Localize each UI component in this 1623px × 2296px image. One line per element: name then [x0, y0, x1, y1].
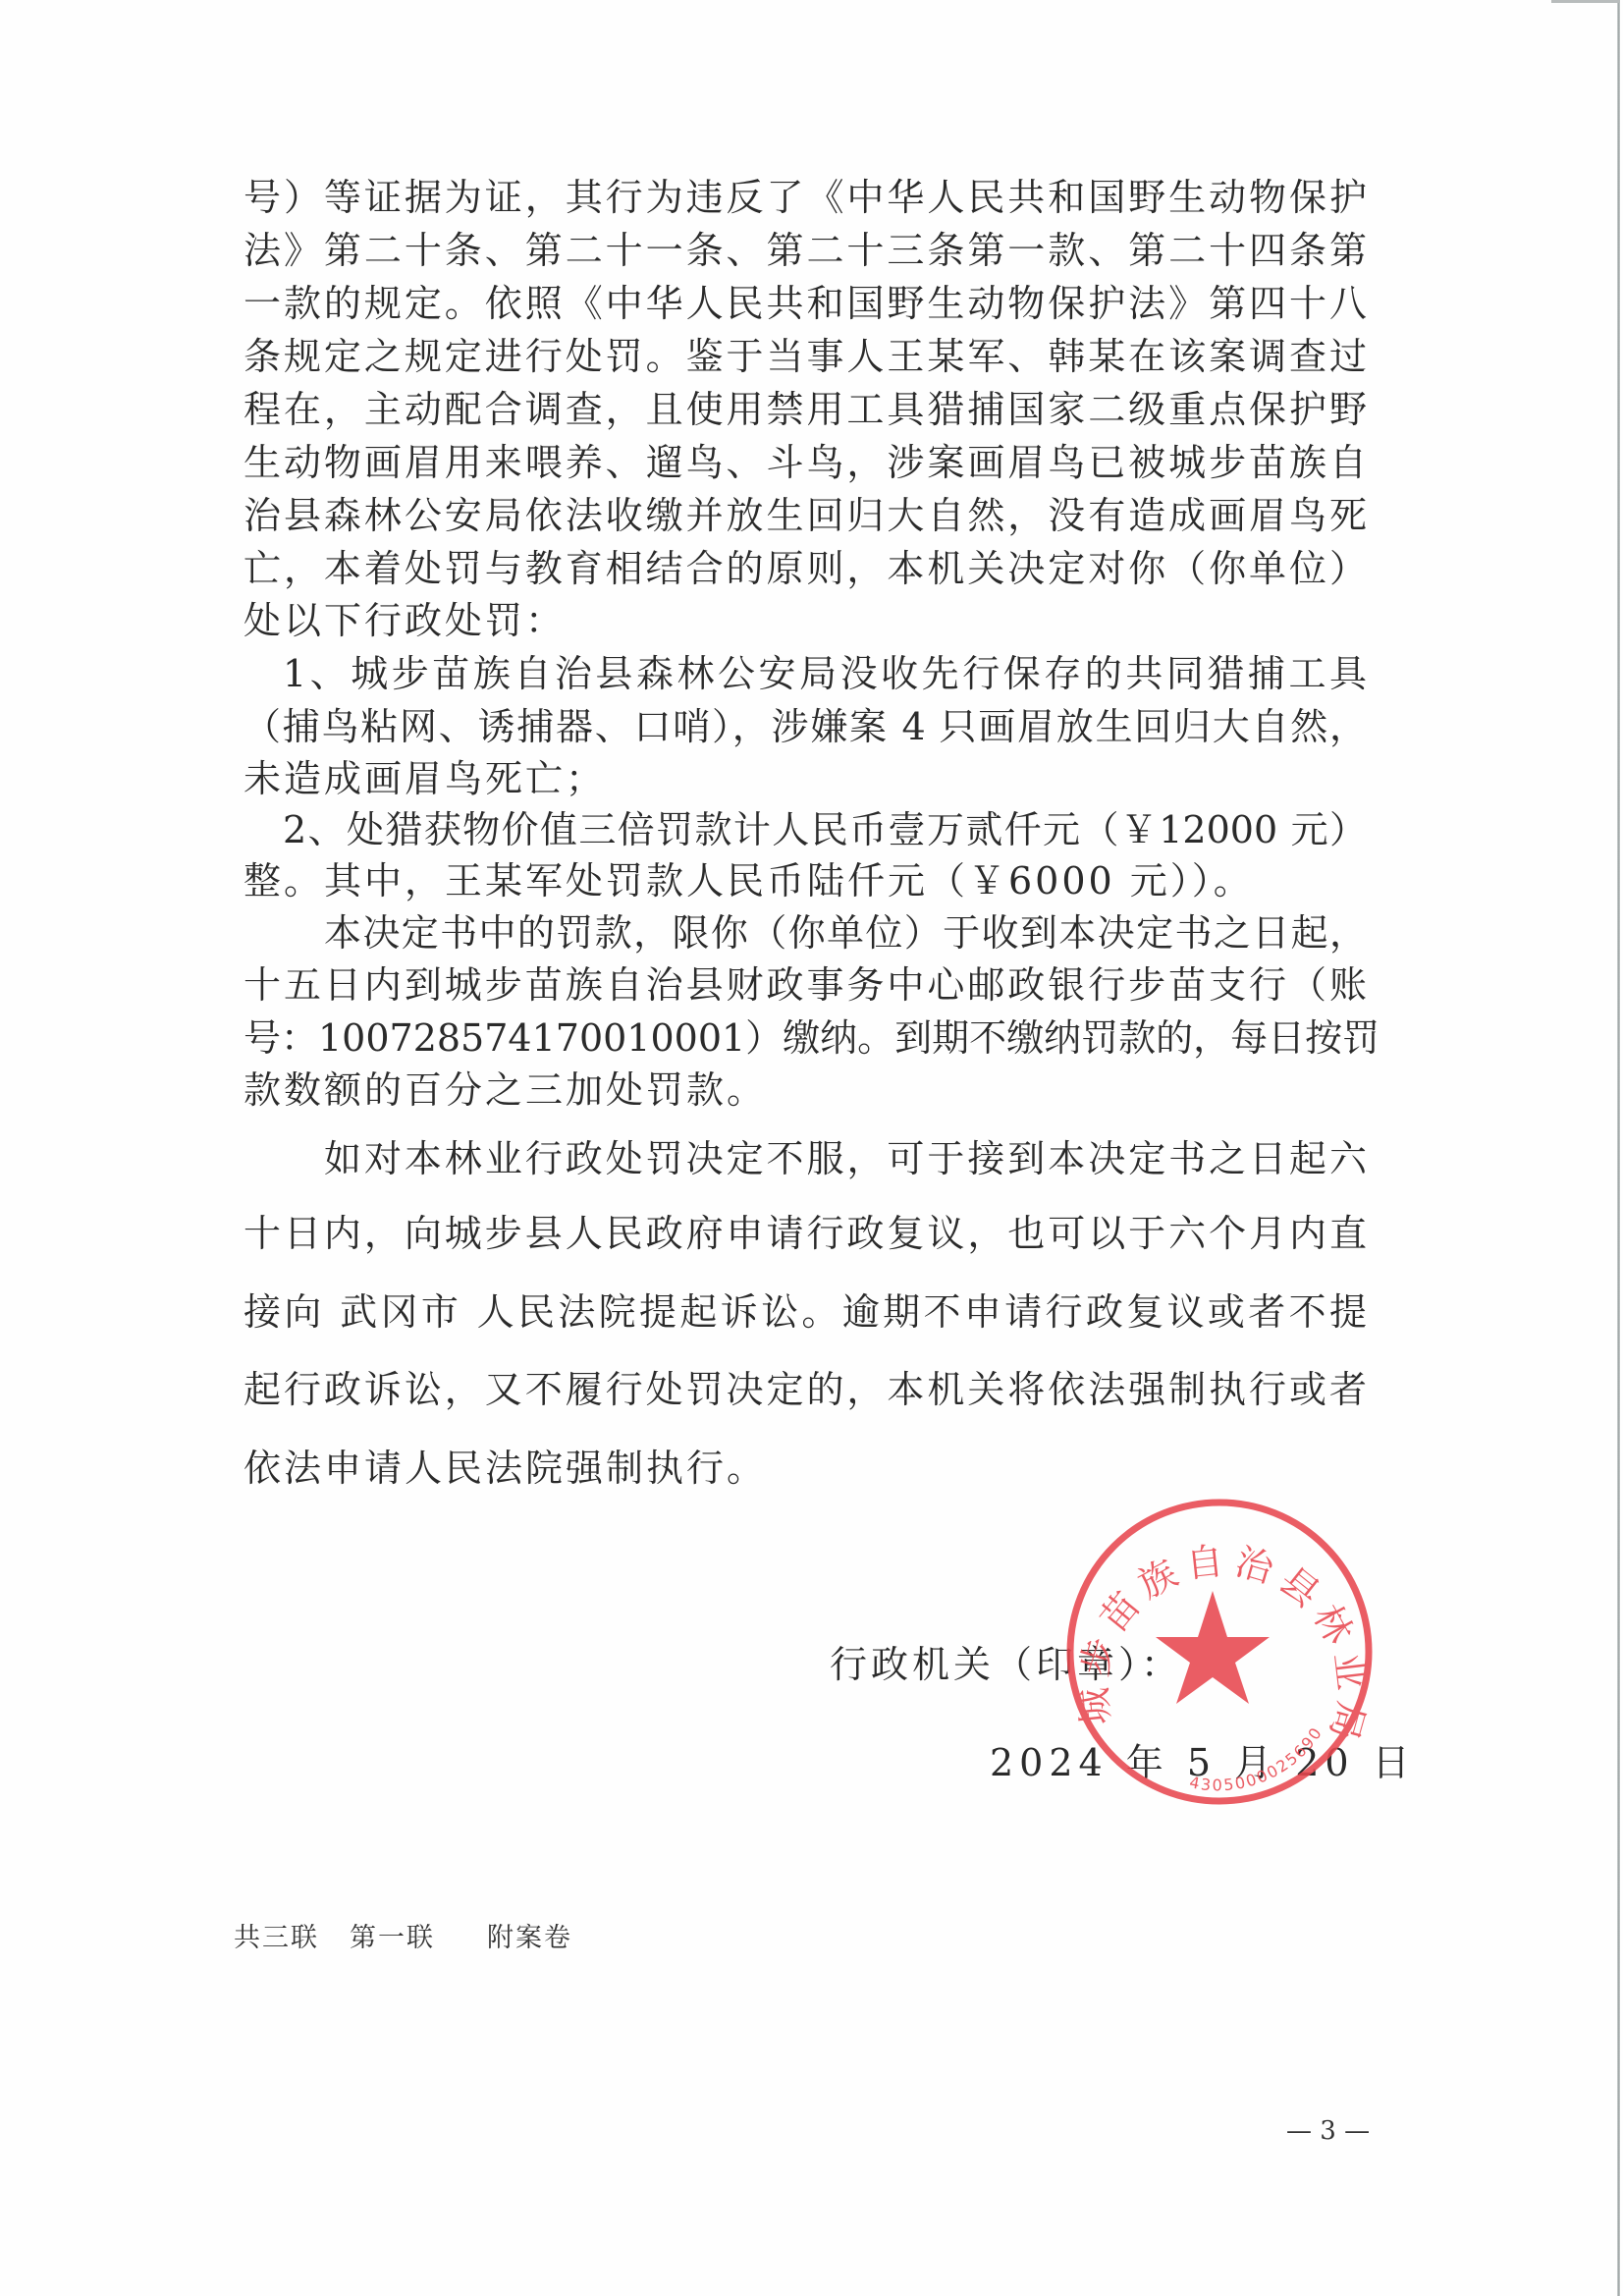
- page-number: — 3 —: [1286, 2115, 1370, 2147]
- body-line: 法》第二十条、第二十一条、第二十三条第一款、第二十四条第: [243, 228, 1367, 273]
- payment-line: 号：100728574170010001）缴纳。到期不缴纳罚款的，每日按罚: [243, 1015, 1367, 1061]
- body-line: 治县森林公安局依法收缴并放生回归大自然，没有造成画眉鸟死: [243, 493, 1367, 538]
- issuing-authority-label: 行政机关（印章）：: [830, 1642, 1182, 1687]
- issue-date: 2024 年 5 月 20 日: [990, 1740, 1416, 1785]
- body-line: 程在，主动配合调查，且使用禁用工具猎捕国家二级重点保护野: [243, 387, 1367, 432]
- body-line: 亡，本着处罚与教育相结合的原则，本机关决定对你（你单位）: [243, 546, 1367, 591]
- copy-index: 第一联: [350, 1923, 487, 1954]
- appeal-line: 十日内，向城步县人民政府申请行政复议，也可以于六个月内直: [243, 1211, 1367, 1256]
- scan-edge-artifact-top: [1551, 0, 1620, 3]
- body-line: 处以下行政处罚：: [243, 598, 1367, 643]
- penalty-line: 整。其中，王某军处罚款人民币陆仟元（￥6000 元））。: [243, 858, 1367, 903]
- penalty-line: 1、城步苗族自治县森林公安局没收先行保存的共同猎捕工具: [283, 651, 1367, 696]
- payment-line: 本决定书中的罚款，限你（你单位）于收到本决定书之日起，: [324, 910, 1367, 956]
- body-line: 条规定之规定进行处罚。鉴于当事人王某军、韩某在该案调查过: [243, 334, 1367, 379]
- penalty-line: 2、处猎获物价值三倍罚款计人民币壹万贰仟元（￥12000 元）: [283, 807, 1367, 852]
- appeal-line: 如对本林业行政处罚决定不服，可于接到本决定书之日起六: [324, 1136, 1367, 1181]
- scan-edge-artifact: [1617, 0, 1620, 2296]
- copies-total: 共三联: [234, 1923, 350, 1954]
- document-page: 号）等证据为证，其行为违反了《中华人民共和国野生动物保护 法》第二十条、第二十一…: [0, 0, 1623, 2296]
- copy-destination: 附案卷: [487, 1923, 572, 1954]
- payment-line: 款数额的百分之三加处罚款。: [243, 1067, 1367, 1113]
- body-line: 一款的规定。依照《中华人民共和国野生动物保护法》第四十八: [243, 281, 1367, 326]
- appeal-line: 接向 武冈市 人民法院提起诉讼。逾期不申请行政复议或者不提: [243, 1289, 1367, 1335]
- payment-line: 十五日内到城步苗族自治县财政事务中心邮政银行步苗支行（账: [243, 962, 1367, 1008]
- body-line: 生动物画眉用来喂养、遛鸟、斗鸟，涉案画眉鸟已被城步苗族自: [243, 440, 1367, 485]
- penalty-line: 未造成画眉鸟死亡；: [243, 756, 1367, 801]
- appeal-line: 依法申请人民法院强制执行。: [243, 1446, 1367, 1491]
- appeal-line: 起行政诉讼，又不履行处罚决定的，本机关将依法强制执行或者: [243, 1367, 1367, 1412]
- copy-note: 共三联第一联附案卷: [234, 1923, 572, 1954]
- penalty-line: （捕鸟粘网、诱捕器、口哨），涉嫌案 4 只画眉放生回归大自然，: [243, 704, 1367, 749]
- body-line: 号）等证据为证，其行为违反了《中华人民共和国野生动物保护: [243, 175, 1367, 220]
